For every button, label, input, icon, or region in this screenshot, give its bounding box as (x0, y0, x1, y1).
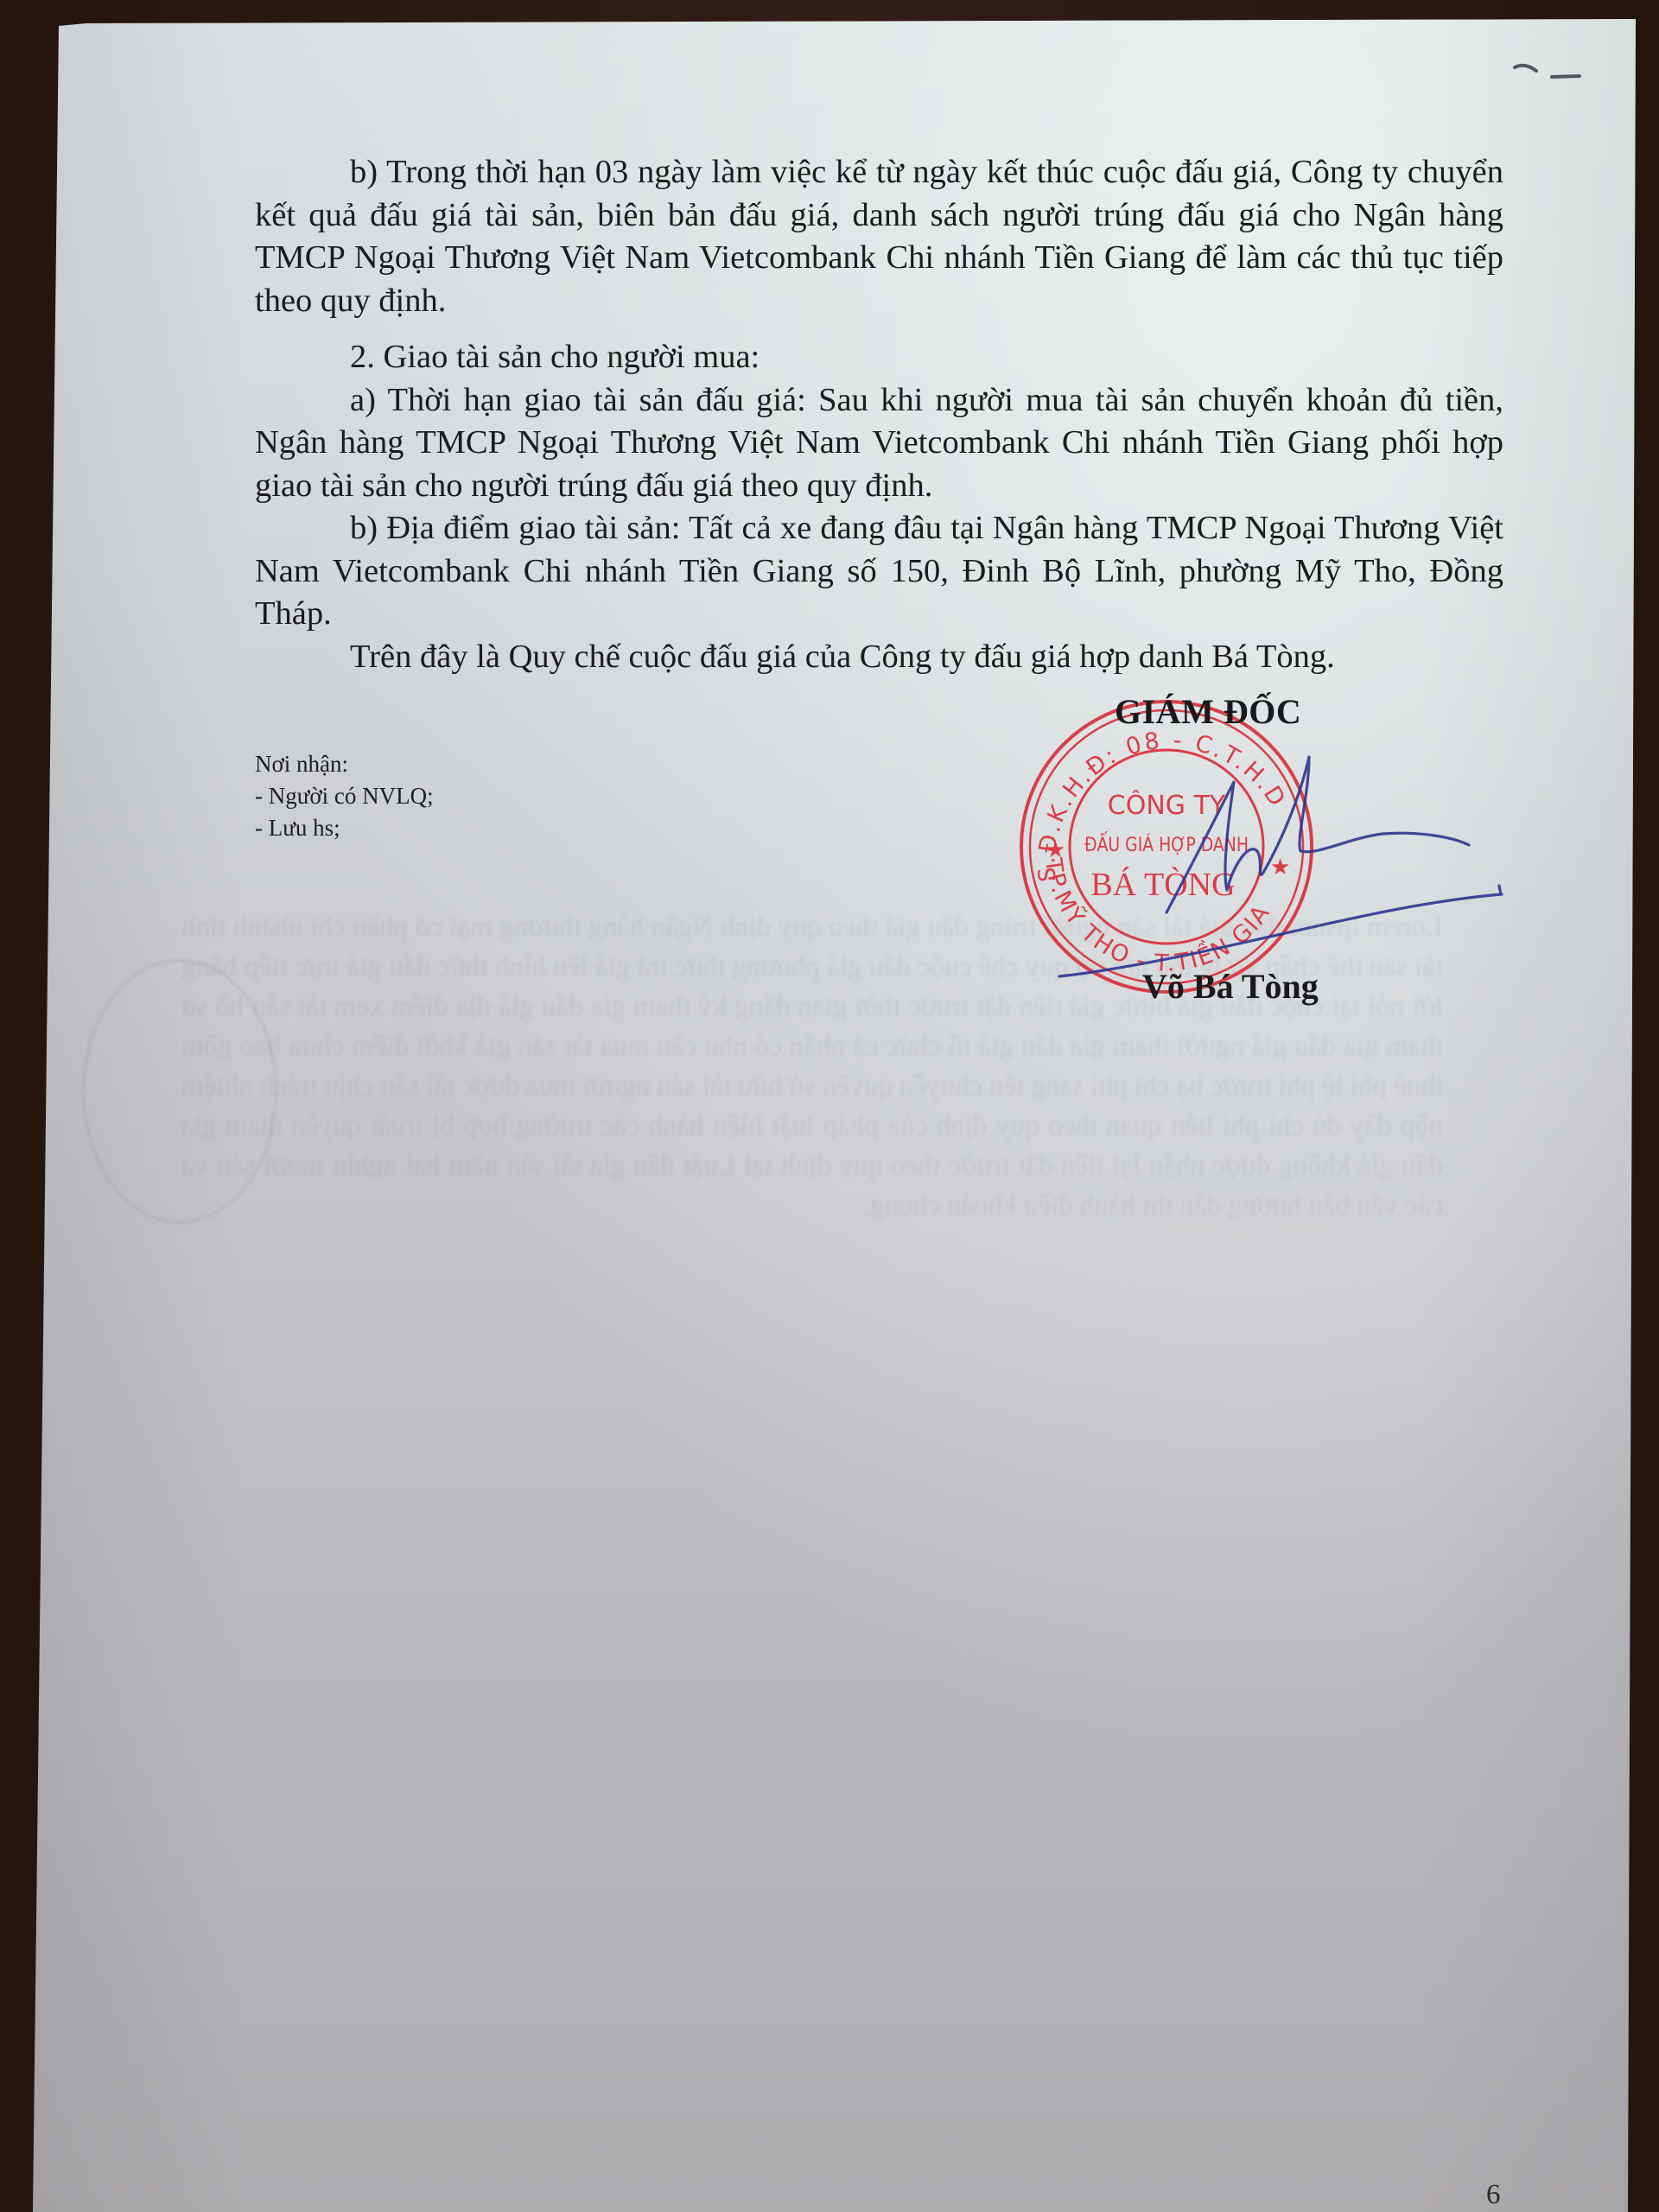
paragraph-closing: Trên đây là Quy chế cuộc đấu giá của Côn… (255, 636, 1503, 679)
pen-marks (1512, 59, 1590, 85)
signer-name: Võ Bá Tòng (1142, 966, 1319, 1007)
page-number: 6 (1486, 2179, 1501, 2211)
section-2-heading: 2. Giao tài sản cho người mua: (255, 336, 1503, 379)
stamp-line-1: CÔNG TY (1108, 789, 1226, 821)
stamp-line-3: BÁ TÒNG (1090, 867, 1235, 903)
recipient-item: - Lưu hs; (255, 812, 434, 844)
company-seal-stamp: S.Đ.K.H.Đ: 08 - C.T.H.D TP.MỸ THO - T.TI… (1011, 691, 1322, 1002)
document-body: b) Trong thời hạn 03 ngày làm việc kể từ… (255, 151, 1503, 678)
document-page: Lorem ipsum đấu giá tài sản người trúng … (0, 0, 1659, 2212)
recipients-block: Nơi nhận: - Người có NVLQ; - Lưu hs; (255, 748, 434, 844)
stamp-line-2: ĐẤU GIÁ HỢP DANH (1084, 832, 1249, 856)
paragraph-result-transfer: b) Trong thời hạn 03 ngày làm việc kể từ… (255, 151, 1503, 322)
recipients-heading: Nơi nhận: (255, 748, 434, 780)
paragraph-delivery-location: b) Địa điểm giao tài sản: Tất cả xe đang… (255, 507, 1503, 636)
recipient-item: - Người có NVLQ; (255, 780, 434, 812)
paragraph-delivery-time: a) Thời hạn giao tài sản đấu giá: Sau kh… (255, 379, 1503, 508)
stamp-star-left-icon: ★ (1046, 837, 1065, 863)
stamp-star-right-icon: ★ (1270, 855, 1290, 880)
signer-title: GIÁM ĐỐC (1115, 691, 1301, 732)
